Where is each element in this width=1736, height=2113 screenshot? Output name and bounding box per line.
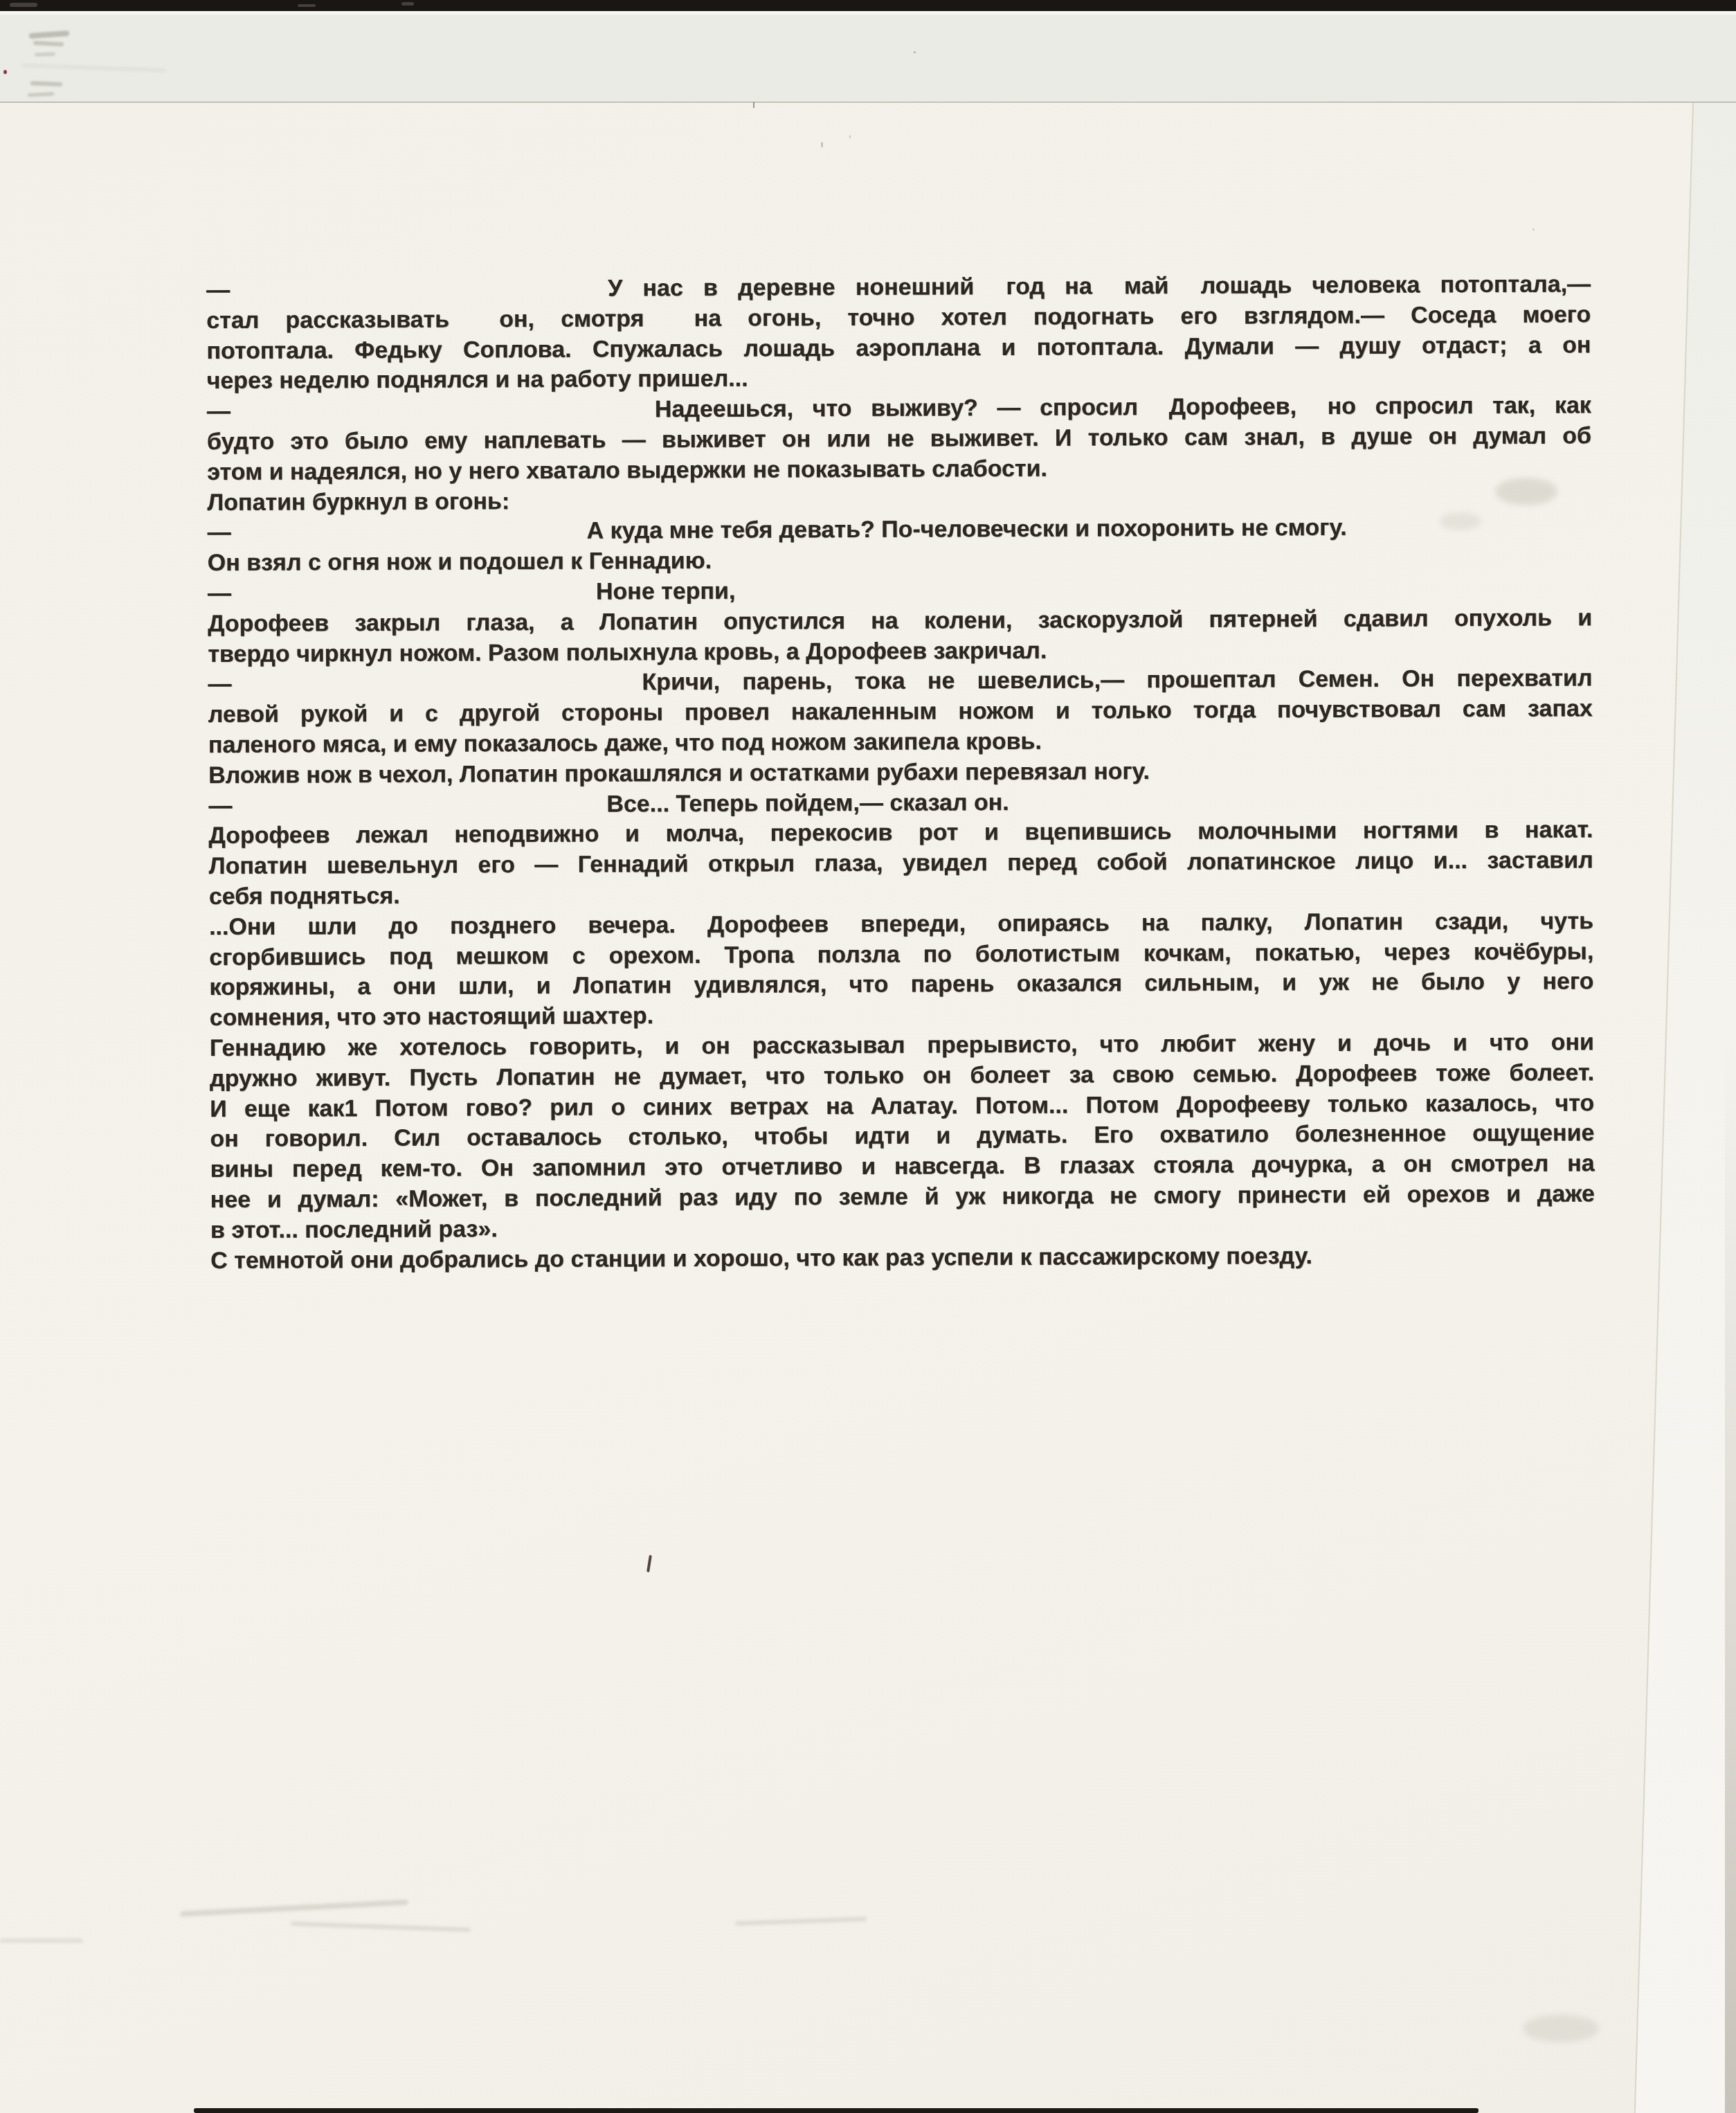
line-text: А куда мне тебя девать? По-человечески и… bbox=[587, 514, 1347, 544]
pencil-smudge bbox=[35, 52, 55, 56]
line-text: Надеешься, что выживу? — спросил Дорофее… bbox=[655, 392, 1591, 422]
dust-speck bbox=[821, 142, 823, 147]
dust-speck bbox=[849, 135, 851, 138]
scan-smudge bbox=[1440, 512, 1481, 530]
seam-tick-mark bbox=[753, 101, 754, 108]
em-dash: — bbox=[208, 577, 596, 609]
em-dash: — bbox=[208, 668, 642, 701]
bottom-scan-strip bbox=[194, 2108, 1479, 2113]
text-line: Дорофеев закрыл глаза, а Лопатин опустил… bbox=[208, 603, 1592, 640]
scan-smudge bbox=[1523, 2015, 1599, 2042]
em-dash: — bbox=[206, 273, 608, 305]
line-text: Кричи, парень, тока не шевелись,— прошеп… bbox=[642, 665, 1592, 696]
line-text: Все... Теперь пойдем,— сказал он. bbox=[606, 789, 1009, 817]
typewritten-text: —У нас в деревне нонешний год на май лош… bbox=[206, 269, 1595, 1276]
text-line: коряжины, а они шли, и Лопатин удивлялся… bbox=[209, 967, 1593, 1004]
scan-top-band bbox=[0, 0, 1736, 11]
text-line: потоптала. Федьку Соплова. Спужалась лош… bbox=[206, 330, 1591, 367]
em-dash: — bbox=[207, 395, 655, 427]
line-text: Ноне терпи, bbox=[596, 578, 736, 605]
em-dash: — bbox=[208, 516, 587, 548]
band-scuff bbox=[298, 4, 316, 7]
bottom-smudge bbox=[0, 1939, 83, 1943]
scan-smudge bbox=[1495, 478, 1557, 505]
text-line: будто это было ему наплевать — выживет о… bbox=[207, 421, 1591, 458]
red-ink-dot bbox=[3, 70, 7, 74]
dust-speck bbox=[1532, 228, 1535, 231]
text-line: С темнотой они добрались до станции и хо… bbox=[210, 1240, 1595, 1277]
scanner-background-top bbox=[0, 15, 1736, 102]
scanned-page: { "page": { "kind": "scanned typescript … bbox=[0, 0, 1736, 2113]
line-text: У нас в деревне нонешний год на май лоша… bbox=[608, 271, 1591, 301]
text-line: Лопатин шевельнул его — Геннадий открыл … bbox=[209, 845, 1593, 882]
band-scuff bbox=[401, 2, 414, 6]
scan-edge-shadow bbox=[1725, 1038, 1736, 2113]
scan-band-highlight bbox=[0, 11, 1736, 15]
em-dash: — bbox=[208, 789, 606, 821]
text-line: нее и думал: «Может, в последний раз иду… bbox=[210, 1179, 1595, 1216]
band-scuff bbox=[10, 3, 37, 7]
dust-speck bbox=[914, 51, 916, 53]
text-line: левой рукой и с другой стороны провел на… bbox=[208, 694, 1593, 730]
